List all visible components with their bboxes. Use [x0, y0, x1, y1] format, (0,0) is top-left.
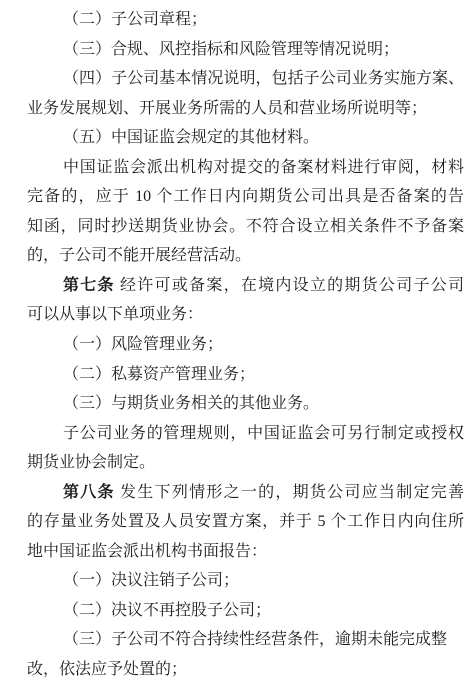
text-line: 业务发展规划、开展业务所需的人员和营业场所说明等；	[27, 94, 464, 124]
document-page: （二）子公司章程；（三）合规、风控指标和风险管理等情况说明；（四）子公司基本情况…	[0, 0, 471, 685]
text-line: 可以从事以下单项业务：	[27, 300, 464, 330]
text-line: 知函，同时抄送期货业协会。不符合设立相关条件不予备案	[27, 212, 464, 242]
text-line: （二）子公司章程；	[27, 5, 464, 35]
text-line: （一）风险管理业务；	[27, 330, 464, 360]
text-line: 期货业协会制定。	[27, 448, 464, 478]
text-line: （三）合规、风控指标和风险管理等情况说明；	[27, 35, 464, 65]
text-line: （二）决议不再控股子公司；	[27, 596, 464, 626]
text-line: （一）决议注销子公司；	[27, 566, 464, 596]
text-line: 的，子公司不能开展经营活动。	[27, 241, 464, 271]
text-line: （五）中国证监会规定的其他材料。	[27, 123, 464, 153]
article-number: 第七条	[63, 277, 115, 294]
text-line: 第八条 发生下列情形之一的，期货公司应当制定完善	[27, 478, 464, 508]
line-text: 发生下列情形之一的，期货公司应当制定完善	[115, 484, 464, 501]
text-line: （四）子公司基本情况说明，包括子公司业务实施方案、	[27, 64, 464, 94]
text-line: 改，依法应予处置的；	[27, 655, 464, 685]
text-line: 的存量业务处置及人员安置方案，并于 5 个工作日内向住所	[27, 507, 464, 537]
article-number: 第八条	[63, 484, 115, 501]
text-line: （三）子公司不符合持续性经营条件，逾期未能完成整	[27, 625, 464, 655]
text-line: （二）私募资产管理业务；	[27, 360, 464, 390]
text-line: 子公司业务的管理规则，中国证监会可另行制定或授权	[27, 419, 464, 449]
text-line: 完备的，应于 10 个工作日内向期货公司出具是否备案的告	[27, 182, 464, 212]
text-line: 中国证监会派出机构对提交的备案材料进行审阅，材料	[27, 153, 464, 183]
text-line: （三）与期货业务相关的其他业务。	[27, 389, 464, 419]
line-text: 经许可或备案，在境内设立的期货公司子公司	[115, 277, 464, 294]
text-line: 地中国证监会派出机构书面报告：	[27, 537, 464, 567]
text-line: 第七条 经许可或备案，在境内设立的期货公司子公司	[27, 271, 464, 301]
